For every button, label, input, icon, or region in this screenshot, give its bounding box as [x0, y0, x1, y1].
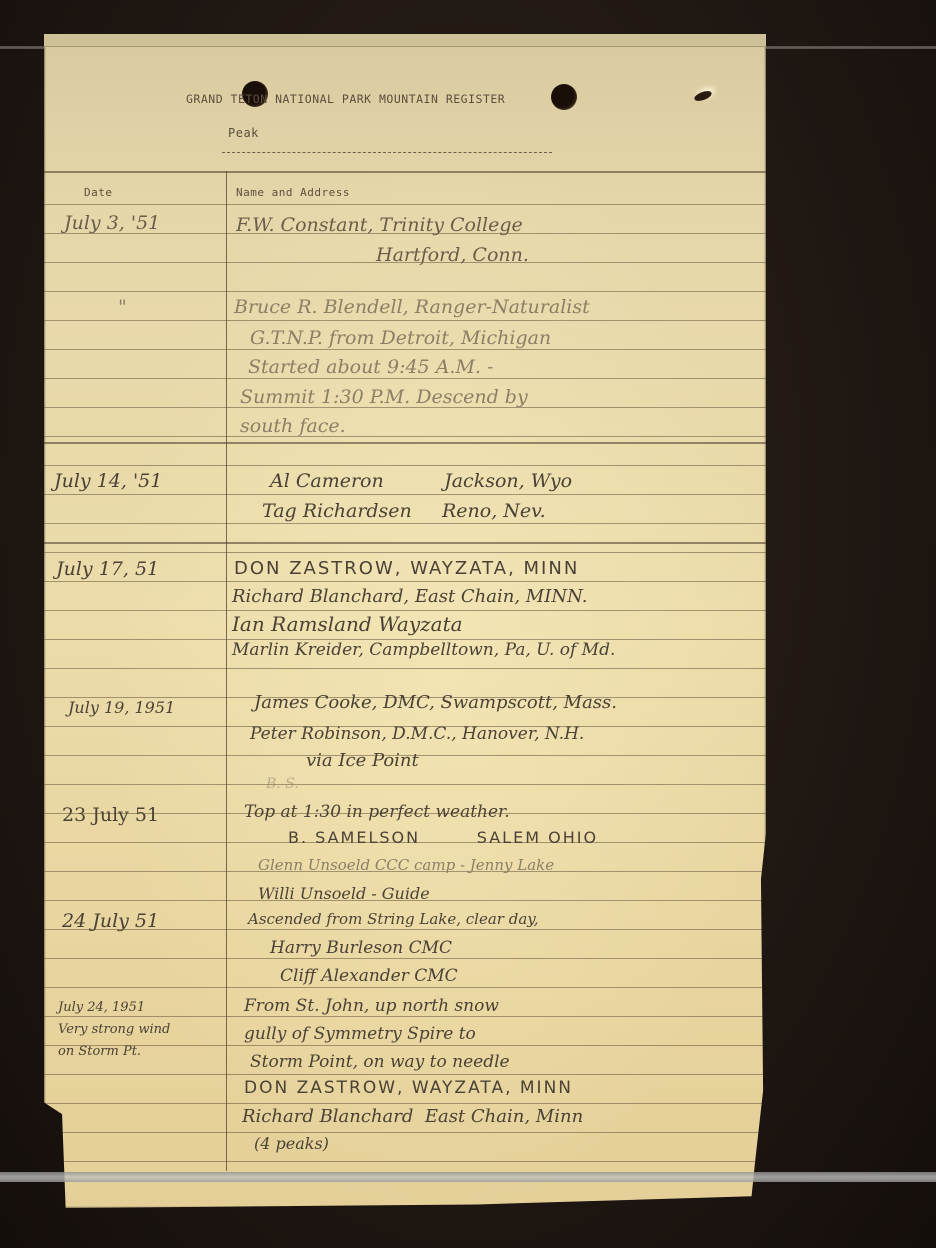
entry-line: James Cooke, DMC, Swampscott, Mass. — [254, 692, 617, 713]
column-header-date: Date — [84, 186, 113, 199]
ruled-line — [44, 494, 766, 495]
ruled-line — [44, 1016, 766, 1017]
entry-line: Marlin Kreider, Campbelltown, Pa, U. of … — [232, 640, 615, 660]
entry-date: July 19, 1951 — [68, 698, 175, 717]
entry-date-note: Very strong wind — [58, 1022, 170, 1037]
ruled-line — [44, 610, 766, 611]
ruled-line — [44, 1161, 766, 1162]
ruled-line — [44, 320, 766, 321]
ruled-line — [44, 436, 766, 437]
mountain-register-sheet: GRAND TETON NATIONAL PARK MOUNTAIN REGIS… — [44, 34, 766, 1208]
ruled-line — [44, 581, 766, 582]
entry-line: Summit 1:30 P.M. Descend by — [240, 386, 528, 408]
column-header-name: Name and Address — [236, 186, 350, 199]
heavy-rule — [44, 442, 766, 444]
entry-line: G.T.N.P. from Detroit, Michigan — [250, 327, 551, 349]
entry-date: 23 July 51 — [62, 804, 159, 826]
ruled-line — [44, 552, 766, 553]
glass-edge-bottom — [0, 1172, 936, 1182]
register-title: GRAND TETON NATIONAL PARK MOUNTAIN REGIS… — [186, 92, 505, 106]
entry-line: From St. John, up north snow — [244, 996, 499, 1016]
entry-line: Willi Unsoeld - Guide — [258, 884, 430, 903]
entry-line: Hartford, Conn. — [376, 244, 529, 266]
ruled-line — [44, 1045, 766, 1046]
ruled-line — [44, 349, 766, 350]
ruled-line — [44, 378, 766, 379]
entry-line: Cliff Alexander CMC — [280, 966, 458, 986]
punch-hole-icon — [551, 84, 577, 110]
entry-date: July 24, 1951 — [58, 1000, 145, 1015]
heavy-rule — [44, 542, 766, 544]
peak-field-line — [222, 152, 552, 153]
entry-line: Top at 1:30 in perfect weather. — [244, 802, 510, 822]
entry-date: 24 July 51 — [62, 910, 159, 932]
entry-line: via Ice Point — [306, 750, 419, 771]
ruled-line — [44, 1103, 766, 1104]
entry-line: Ian Ramsland Wayzata — [232, 612, 463, 636]
ruled-line — [44, 523, 766, 524]
entry-line: DON ZASTROW, WAYZATA, MINN — [244, 1078, 573, 1098]
ruled-line — [44, 465, 766, 466]
entry-line: gully of Symmetry Spire to — [244, 1024, 476, 1044]
entry-line: south face. — [240, 415, 346, 437]
entry-line: F.W. Constant, Trinity College — [236, 214, 523, 236]
entry-line: Ascended from String Lake, clear day, — [248, 910, 539, 928]
entry-line: Harry Burleson CMC — [270, 938, 452, 958]
entry-line: (4 peaks) — [254, 1134, 329, 1153]
column-divider — [226, 171, 227, 1171]
ruled-line — [44, 1132, 766, 1133]
tear-mark-icon — [693, 89, 713, 103]
ruled-line — [44, 291, 766, 292]
entry-line: Richard Blanchard, East Chain, MINN. — [232, 586, 587, 607]
entry-line: B. S. — [266, 776, 299, 792]
ruled-line — [44, 1074, 766, 1075]
entry-date: July 14, '51 — [54, 470, 162, 492]
entry-date: " — [118, 296, 127, 318]
entry-line: Storm Point, on way to needle — [250, 1052, 510, 1072]
entry-date: July 3, '51 — [64, 212, 160, 234]
entry-line: B. SAMELSON SALEM OHIO — [288, 828, 598, 847]
entry-line: Bruce R. Blendell, Ranger-Naturalist — [234, 296, 590, 318]
entry-line: Richard Blanchard East Chain, Minn — [242, 1106, 583, 1127]
ruled-line — [44, 958, 766, 959]
ruled-line — [44, 987, 766, 988]
entry-date-note: on Storm Pt. — [58, 1044, 141, 1059]
entry-line: Glenn Unsoeld CCC camp - Jenny Lake — [258, 856, 554, 874]
entry-line: Tag Richardsen Reno, Nev. — [262, 500, 546, 522]
entry-line: Al Cameron Jackson, Wyo — [270, 470, 572, 492]
ruled-line — [44, 668, 766, 669]
paper-top-strip — [44, 34, 766, 47]
entry-date: July 17, 51 — [56, 558, 159, 580]
entry-line: Peter Robinson, D.M.C., Hanover, N.H. — [250, 724, 584, 744]
peak-label: Peak — [228, 126, 259, 140]
ruled-line — [44, 784, 766, 785]
heavy-rule — [44, 171, 766, 173]
entry-line: DON ZASTROW, WAYZATA, MINN — [234, 558, 579, 579]
entry-line: Started about 9:45 A.M. - — [248, 356, 493, 378]
ruled-line — [44, 204, 766, 205]
